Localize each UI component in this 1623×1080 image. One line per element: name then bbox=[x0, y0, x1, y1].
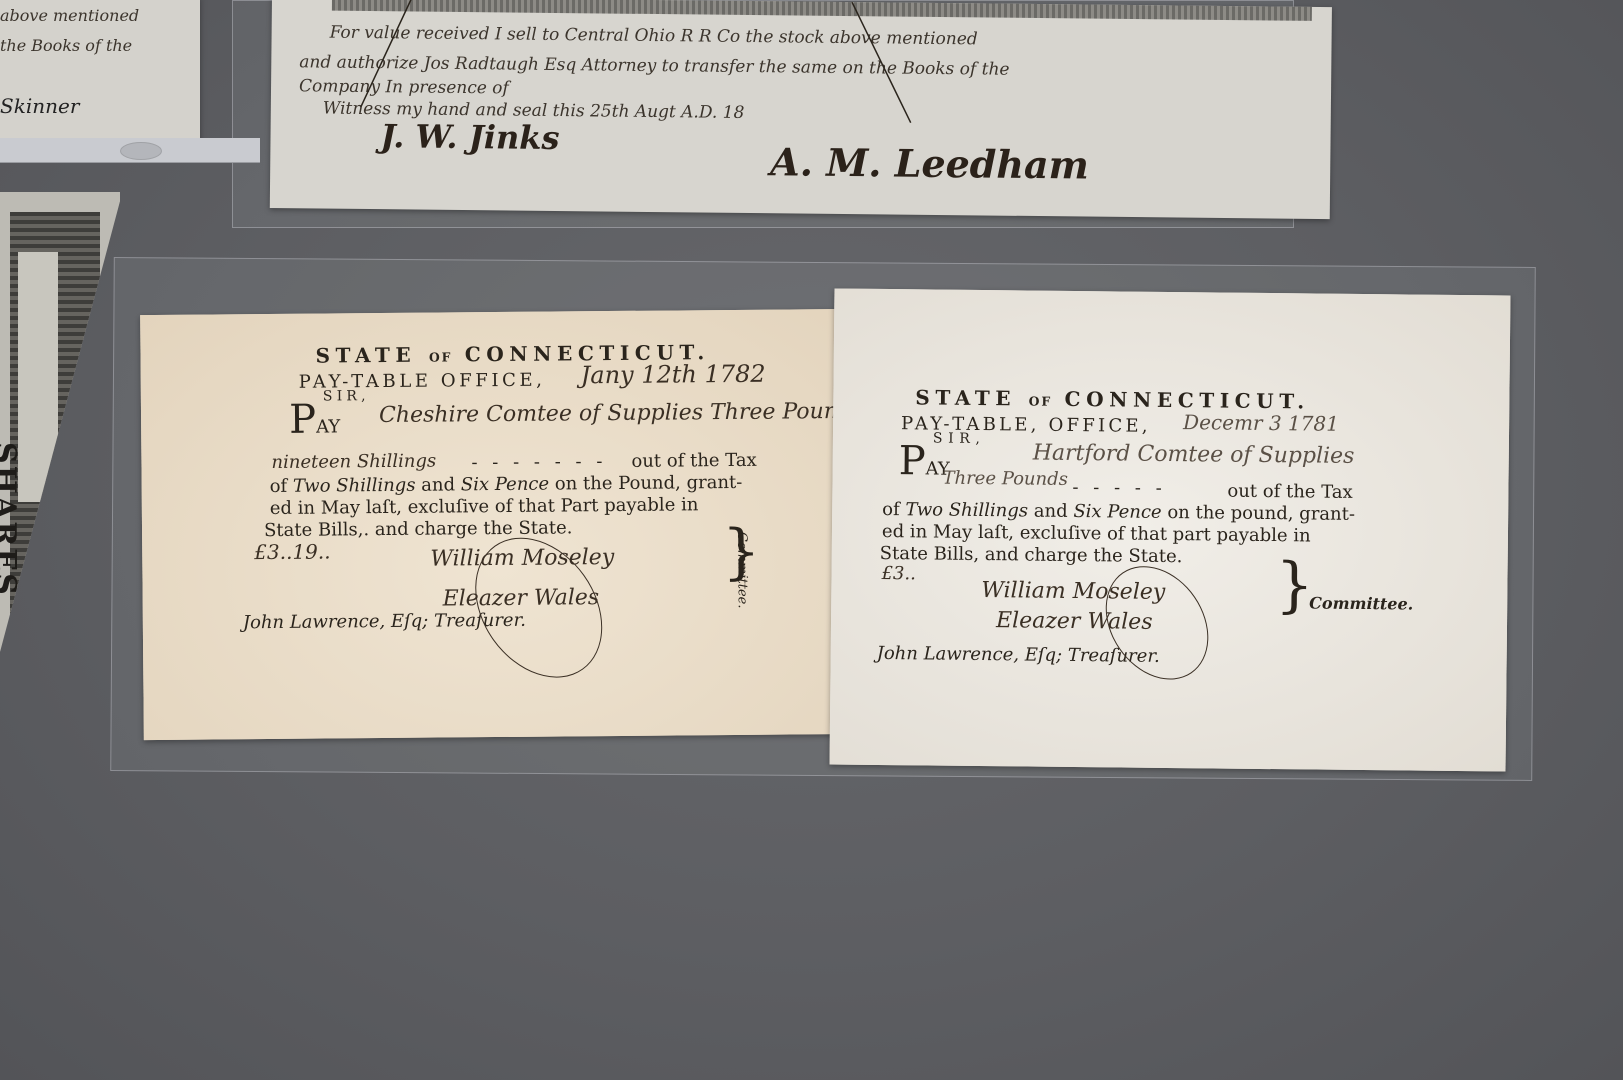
left-cert-line2: the Books of the bbox=[0, 36, 132, 55]
text-and: and bbox=[421, 474, 455, 495]
text-two-shillings: Two Shillings bbox=[293, 475, 416, 497]
text-on-the-pound: on the pound, grant- bbox=[1167, 502, 1355, 525]
left-cert-signature: Skinner bbox=[0, 94, 79, 118]
committee-brace: } bbox=[1275, 555, 1314, 615]
text-six-pence: Six Pence bbox=[461, 474, 549, 496]
committee-label: Committee. bbox=[1309, 595, 1413, 612]
text-of: of bbox=[270, 476, 288, 497]
pay-initial: P bbox=[898, 438, 925, 484]
payee-handwritten: Cheshire Comtee of Supplies Three Pounds bbox=[379, 401, 863, 427]
treasurer-line: John Lawrence, Eſq; Treaſurer. bbox=[877, 645, 1160, 666]
pay-initial: P bbox=[289, 397, 316, 443]
date-handwritten: Decemr 3 1781 bbox=[1183, 412, 1339, 434]
heading-state: STATE bbox=[315, 343, 416, 368]
dashes: - - - - - - - bbox=[471, 453, 607, 472]
dashes: - - - - - bbox=[1072, 479, 1166, 498]
text-and: and bbox=[1034, 501, 1068, 522]
shares-certificate: SHARES bbox=[0, 192, 120, 652]
text-tax: out of the Tax bbox=[1227, 483, 1352, 502]
heading-of: OF bbox=[429, 349, 452, 364]
left-cert-line1: above mentioned bbox=[0, 6, 139, 25]
heading-state: STATE bbox=[915, 385, 1016, 410]
amount-handwritten: Three Pounds bbox=[942, 470, 1068, 489]
text-six-pence: Six Pence bbox=[1073, 501, 1161, 523]
text-line3: ed in May laſt, excluſive of that Part p… bbox=[270, 496, 699, 518]
shares-label-panel bbox=[18, 252, 58, 502]
stock-transfer-certificate: For value received I sell to Central Ohi… bbox=[270, 0, 1332, 219]
sleeve-punch-hole bbox=[120, 142, 162, 160]
left-partial-certificate: above mentioned the Books of the Skinner bbox=[0, 0, 200, 146]
text-line3: ed in May laſt, excluſive of that part p… bbox=[882, 523, 1311, 545]
heading-of: OF bbox=[1029, 394, 1052, 409]
date-handwritten: Jany 12th 1782 bbox=[581, 362, 766, 388]
signature-flourish bbox=[1085, 547, 1230, 700]
pay-table-order-left: STATE OF CONNECTICUT. PAY-TABLE OFFICE, … bbox=[140, 309, 861, 740]
shares-title: SHARES bbox=[0, 442, 22, 597]
amount-handwritten: nineteen Shillings bbox=[271, 453, 436, 472]
text-two-shillings: Two Shillings bbox=[905, 499, 1028, 521]
text-line4: State Bills, and charge the State. bbox=[880, 545, 1183, 566]
text-on-the-pound: on the Pound, grant- bbox=[555, 472, 743, 495]
sum-handwritten: £3..19.. bbox=[254, 541, 330, 562]
sum-handwritten: £3.. bbox=[881, 565, 916, 583]
text-tax: out of the Tax bbox=[631, 452, 756, 471]
committee-label: Committee. bbox=[735, 532, 749, 609]
cancellation-lines bbox=[270, 0, 1332, 219]
payee-handwritten: Hartford Comtee of Supplies bbox=[1033, 443, 1355, 468]
pay-rest: AY bbox=[316, 416, 340, 437]
pay-table-order-right: STATE OF CONNECTICUT. PAY-TABLE, OFFICE,… bbox=[830, 288, 1511, 771]
text-of: of bbox=[882, 499, 900, 520]
